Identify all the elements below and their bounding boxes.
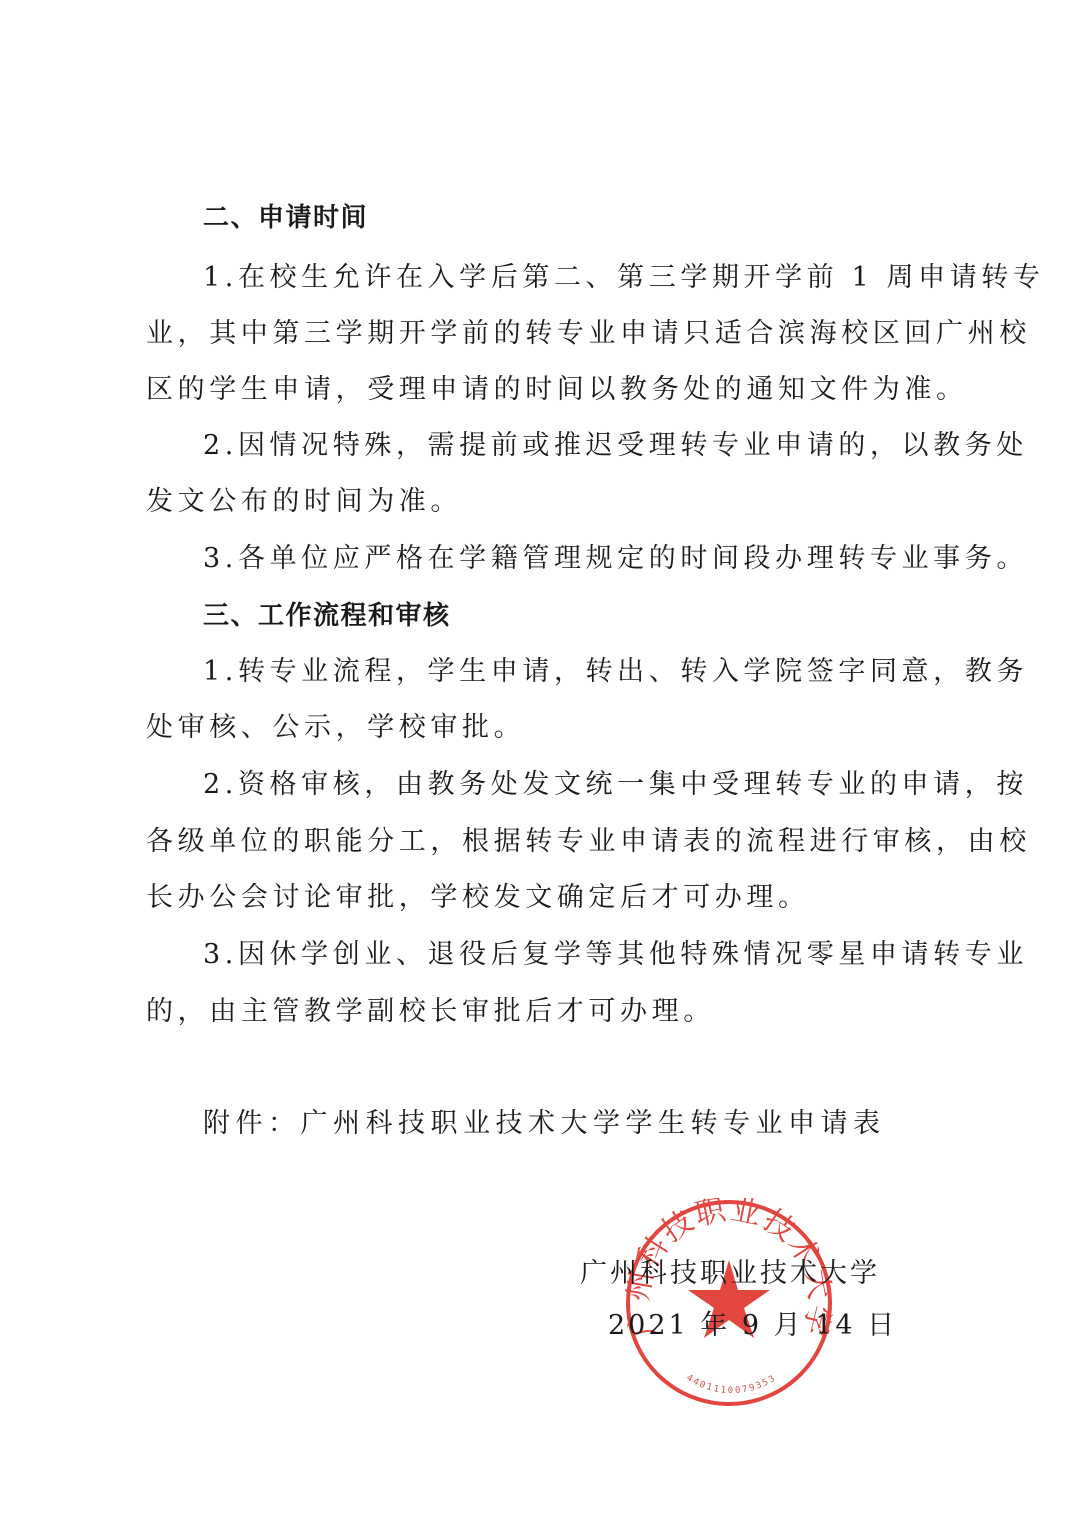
paragraph-line: 的，由主管教学副校长审批后才可办理。 [146,996,946,1028]
paragraph-line: 2.因情况特殊，需提前或推迟受理转专业申请的，以教务处 [203,430,1003,462]
paragraph-line: 长办公会讨论审批，学校发文确定后才可办理。 [146,882,946,914]
section-heading-application-time: 二、申请时间 [203,202,1003,234]
paragraph-line: 2.资格审核，由教务处发文统一集中受理转专业的申请，按 [203,769,1003,801]
signature-date: 2021 年 9 月 14 日 [608,1310,897,1342]
section-heading-workflow-review: 三、工作流程和审核 [203,600,1003,632]
paragraph-line: 1.在校生允许在入学后第二、第三学期开学前 1 周申请转专 [203,262,1003,294]
signature-organization: 广州科技职业技术大学 [580,1258,880,1290]
paragraph-line: 3.因休学创业、退役后复学等其他特殊情况零星申请转专业 [203,939,1003,971]
paragraph-line: 发文公布的时间为准。 [146,486,946,518]
document-page: 二、申请时间 1.在校生允许在入学后第二、第三学期开学前 1 周申请转专 业，其… [0,0,1080,1528]
official-seal-icon: 广州科技职业技术大学 4401110079353 [624,1198,834,1408]
paragraph-line: 处审核、公示，学校审批。 [146,712,946,744]
paragraph-line: 1.转专业流程，学生申请，转出、转入学院签字同意，教务 [203,656,1003,688]
paragraph-line: 3.各单位应严格在学籍管理规定的时间段办理转专业事务。 [203,543,1003,575]
attachment-note: 附件：广州科技职业技术大学学生转专业申请表 [203,1108,1003,1140]
paragraph-line: 业，其中第三学期开学前的转专业申请只适合滨海校区回广州校 [146,318,946,350]
paragraph-line: 区的学生申请，受理申请的时间以教务处的通知文件为准。 [146,374,946,406]
paragraph-line: 各级单位的职能分工，根据转专业申请表的流程进行审核，由校 [146,826,946,858]
seal-serial: 4401110079353 [684,1373,778,1396]
svg-text:4401110079353: 4401110079353 [684,1373,778,1396]
